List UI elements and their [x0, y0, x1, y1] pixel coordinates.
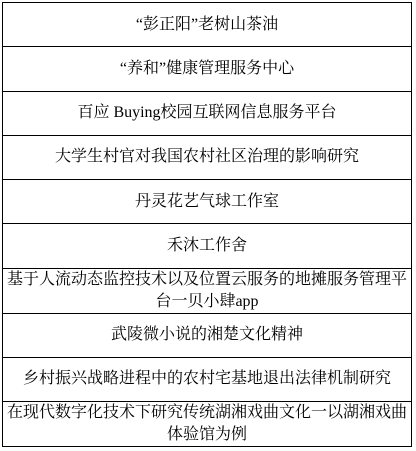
project-name-table: “彭正阳”老树山茶油 “养和”健康管理服务中心 百应 Buying校园互联网信息… — [2, 2, 412, 447]
table-body: “彭正阳”老树山茶油 “养和”健康管理服务中心 百应 Buying校园互联网信息… — [3, 3, 412, 447]
table-row: 丹灵花艺气球工作室 — [3, 180, 412, 224]
table-cell: 丹灵花艺气球工作室 — [3, 180, 412, 224]
table-row: 武陵微小说的湘楚文化精神 — [3, 313, 412, 357]
table-cell: “养和”健康管理服务中心 — [3, 47, 412, 91]
table-row: 基于人流动态监控技术以及位置云服务的地摊服务管理平台一贝小肆app — [3, 268, 412, 313]
table-row: “养和”健康管理服务中心 — [3, 47, 412, 91]
table-row: 大学生村官对我国农村社区治理的影响研究 — [3, 135, 412, 179]
table-cell: “彭正阳”老树山茶油 — [3, 3, 412, 47]
table-cell: 百应 Buying校园互联网信息服务平台 — [3, 91, 412, 135]
table-cell: 武陵微小说的湘楚文化精神 — [3, 313, 412, 357]
table-cell: 乡村振兴战略进程中的农村宅基地退出法律机制研究 — [3, 357, 412, 401]
table-cell: 在现代数字化技术下研究传统湖湘戏曲文化一以湖湘戏曲体验馆为例 — [3, 402, 412, 447]
table-row: “彭正阳”老树山茶油 — [3, 3, 412, 47]
table-row: 百应 Buying校园互联网信息服务平台 — [3, 91, 412, 135]
table-row: 在现代数字化技术下研究传统湖湘戏曲文化一以湖湘戏曲体验馆为例 — [3, 402, 412, 447]
table-cell: 禾沐工作舍 — [3, 224, 412, 268]
table-row: 禾沐工作舍 — [3, 224, 412, 268]
table-cell: 基于人流动态监控技术以及位置云服务的地摊服务管理平台一贝小肆app — [3, 268, 412, 313]
table-cell: 大学生村官对我国农村社区治理的影响研究 — [3, 135, 412, 179]
table-row: 乡村振兴战略进程中的农村宅基地退出法律机制研究 — [3, 357, 412, 401]
